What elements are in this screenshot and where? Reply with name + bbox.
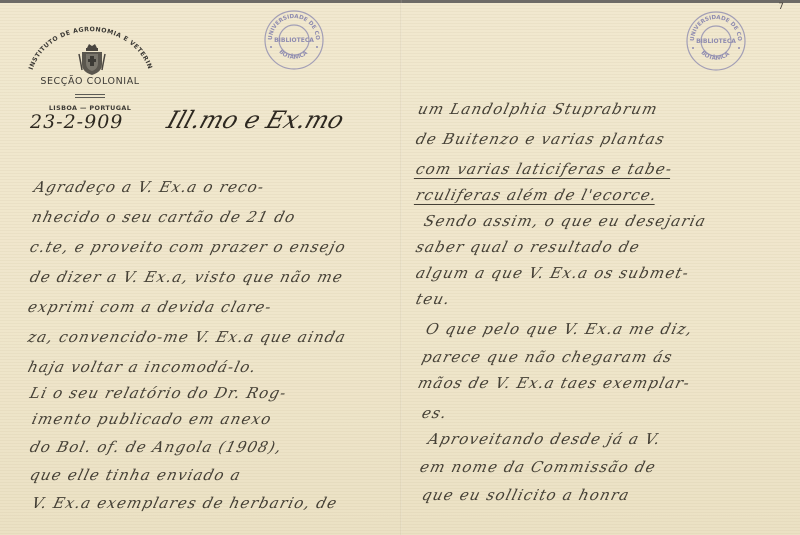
right-page: 7 UNIVERSIDADE DE COIMBRA BOTÂNICA BIBLI… <box>402 0 800 535</box>
handwritten-line: Agradeço a V. Ex.a o reco- <box>32 178 267 196</box>
handwritten-line: Sendo assim, o que eu desejaria <box>422 212 708 230</box>
handwritten-line: c.te, e proveito com prazer o ensejo <box>28 238 348 256</box>
handwritten-line: V. Ex.a exemplares de herbario, de <box>30 494 340 512</box>
handwritten-line: algum a que V. Ex.a os submet- <box>414 264 691 282</box>
right-page-body: um Landolphia Stuprabrum de Buitenzo e v… <box>402 0 800 535</box>
handwritten-line: Li o seu relatório do Dr. Rog- <box>28 384 289 402</box>
left-page-body: Agradeço a V. Ex.a o reco- nhecido o seu… <box>0 0 400 535</box>
handwritten-line: teu. <box>414 290 453 308</box>
handwritten-line: saber qual o resultado de <box>414 238 642 256</box>
handwritten-line-underlined: com varias laticiferas e tabe- <box>414 160 675 178</box>
handwritten-line: em nome da Commissão de <box>418 458 658 476</box>
letter-scan: INSTITUTO DE AGRONOMIA E VETERINARIA SEC… <box>0 0 800 535</box>
handwritten-line: imento publicado em anexo <box>30 410 274 428</box>
handwritten-line: O que pelo que V. Ex.a me diz, <box>424 320 695 338</box>
left-page: INSTITUTO DE AGRONOMIA E VETERINARIA SEC… <box>0 0 400 535</box>
handwritten-line: do Bol. of. de Angola (1908), <box>28 438 284 456</box>
handwritten-line: que elle tinha enviado a <box>28 466 243 484</box>
handwritten-line: es. <box>420 404 449 422</box>
handwritten-line: Aproveitando desde já a V. <box>426 430 663 448</box>
handwritten-line: exprimi com a devida clare- <box>26 298 274 316</box>
handwritten-line: parece que não chegaram ás <box>420 348 675 366</box>
handwritten-line: haja voltar a incomodá-lo. <box>26 358 259 376</box>
handwritten-line-underlined: rculiferas além de l'ecorce. <box>414 186 659 204</box>
handwritten-line: de Buitenzo e varias plantas <box>414 130 667 148</box>
handwritten-line: za, convencido-me V. Ex.a que ainda <box>26 328 348 346</box>
handwritten-line: nhecido o seu cartão de 21 do <box>30 208 298 226</box>
handwritten-line: que eu sollicito a honra <box>420 486 632 504</box>
handwritten-line: um Landolphia Stuprabrum <box>416 100 660 118</box>
handwritten-line: mãos de V. Ex.a taes exemplar- <box>416 374 692 392</box>
handwritten-line: de dizer a V. Ex.a, visto que não me <box>28 268 345 286</box>
